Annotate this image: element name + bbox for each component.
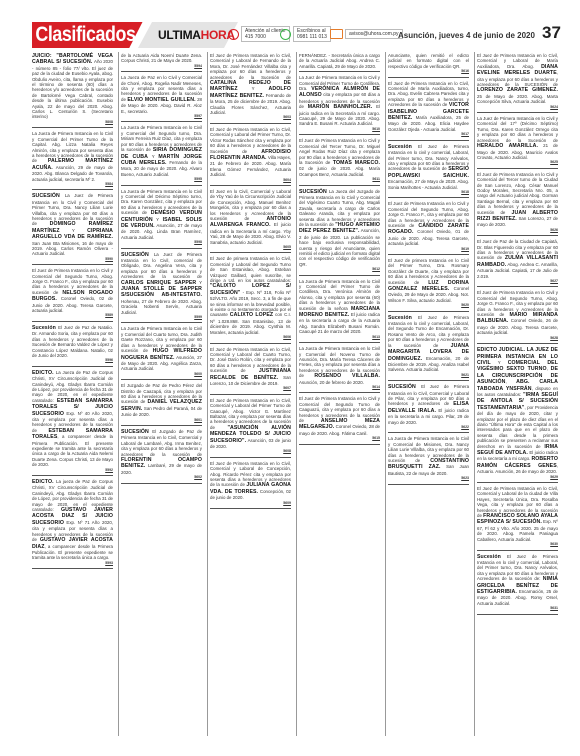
notice-code: 5610 <box>299 127 380 132</box>
legal-notice: La Jueza de Primera Instancia en lo Civi… <box>299 278 380 343</box>
legal-notice: La Jueza de Primera Instancia en lo Civi… <box>299 345 380 393</box>
notice-body: El Juez de Primera Instancia en lo Civil… <box>477 172 558 228</box>
column-6: El Juez de Primera Instancia en lo Civil… <box>474 52 560 736</box>
notice-lead: EDICTO. <box>32 370 56 376</box>
legal-notice: El Juez de primera Instancia en lo Civil… <box>210 255 291 343</box>
notice-lead: EDICTO JUDICIAL. <box>477 347 527 353</box>
notice-body: La Juez de Primera Instancia en lo Civil… <box>32 193 113 256</box>
legal-notice: EDICTO. La Jueza de Paz de Corpus Christ… <box>32 369 113 476</box>
notice-lead: SUCESIÓN <box>299 189 329 195</box>
notice-body: El Juez de Primera Instancia en lo Civil… <box>210 398 291 449</box>
notice-body: El Juez de Paz de la Ciudad de Capiatá, … <box>477 239 558 278</box>
notice-code: 5597 <box>121 114 202 119</box>
legal-notice: SUCESIÓN La Jueza del Juzgado de Primera… <box>299 188 380 276</box>
notice-code: 5625 <box>477 160 558 165</box>
legal-notice: EDICTO JUDICIAL. LA JUEZ DE PRIMERA INST… <box>477 346 558 483</box>
notice-code: 5607 <box>210 386 291 391</box>
notice-body: El Juez de Primera Instancia en lo Civil… <box>299 396 380 435</box>
legal-notice: La Jueza de Primera Instancia en lo Civi… <box>32 130 113 190</box>
notice-code: 5616 <box>388 69 469 74</box>
notice-body: El Juez de Primera Instancia en lo civil… <box>388 315 469 373</box>
legal-notice: El Juez de Primera Instancia en lo Civil… <box>210 397 291 458</box>
notice-lead: EDICTO. <box>32 479 56 485</box>
notice-code: 5612 <box>299 267 380 272</box>
notice-body: El Juez de Primera Instancia en lo Civil… <box>477 53 558 104</box>
column-3: El Juez de Primera Instancia en lo Civil… <box>207 52 293 736</box>
notice-code: 5626 <box>477 228 558 233</box>
legal-notice: La Jueza de Primera Instancia en lo Civi… <box>121 325 202 380</box>
notice-code: 5613 <box>299 335 380 340</box>
notice-code: 5602 <box>121 475 202 480</box>
notice-body: La Jueza de Primera Instancia en lo Civi… <box>121 189 202 240</box>
notice-code: 5604 <box>210 178 291 183</box>
notice-code: 5603 <box>210 115 291 120</box>
legal-notice: El Juez de Primera Instancia en lo Civil… <box>388 80 469 141</box>
notice-lead: SUCESIÓN <box>32 193 65 199</box>
mail-icon <box>330 29 343 39</box>
legal-notice: El Juez de Primera Instancia en lo Civil… <box>299 395 380 444</box>
notice-code: 5624 <box>477 105 558 110</box>
notice-body: de la Actuaria Aida Noemí Duarte Zena. C… <box>121 53 202 63</box>
notice-body: La Jueza de Primera Instancia en lo Civi… <box>121 125 202 176</box>
notice-lead: Sucesión <box>32 325 58 331</box>
notice-code: 5630 <box>477 542 558 547</box>
phone-icon <box>228 29 239 40</box>
notice-body: La Jueza de Primera Instancia en lo Civi… <box>32 131 113 181</box>
notice-code: 5618 <box>388 190 469 195</box>
classifieds-columns: JUICIO: "BARTOLOMÉ VEGA CABRAL S/ SUCESI… <box>30 52 560 736</box>
legal-notice: de la Actuaria Aida Noemí Duarte Zena. C… <box>121 52 202 72</box>
notice-body: La Jueza de Paz de Corpus Christi, XV Ci… <box>32 370 113 468</box>
legal-notice: El Juez de Primera Instancia en lo Civil… <box>477 52 558 113</box>
notice-body: La Juez de Primera Instancia en lo Civil… <box>299 75 380 126</box>
legal-notice: El Juez de Primera Instancia en lo Civil… <box>32 267 113 322</box>
legal-notice: SUCESIÓN El Juzgado de Paz de Primera In… <box>121 428 202 484</box>
legal-notice: El Juez de Primera Instancia en lo Civil… <box>388 200 469 255</box>
notice-code: 5623 <box>388 476 469 481</box>
notice-body: El Juez de Primera Instancia en lo Civil… <box>299 138 380 176</box>
notice-body: El Juez de Primera Instancia en lo Civil… <box>477 290 558 335</box>
notice-body: La Juez de Primera Instancia en lo Civil… <box>121 252 202 315</box>
notice-code: 5621 <box>388 373 469 378</box>
legal-notice: Sucesión El Juez de Primera Instancia en… <box>388 143 469 199</box>
notice-code: 5584 <box>32 182 113 187</box>
notice-code: 5627 <box>477 279 558 284</box>
notice-body: El Juez de Primera Instancia en lo civil… <box>388 144 469 190</box>
notice-body: La Jueza de Primera Instancia en lo Civi… <box>299 346 380 384</box>
notice-code: 5596 <box>32 358 113 363</box>
legal-notice: El Juez de Primera Instancia en lo Civil… <box>210 126 291 186</box>
legal-notice: SUCESIÓN La Juez de Primera Instancia en… <box>32 192 113 265</box>
legal-notice: La Jueza de Primera Instancia en lo Civi… <box>121 188 202 249</box>
legal-notice: JUICIO: "BARTOLOMÉ VEGA CABRAL S/ SUCESI… <box>32 52 113 128</box>
notice-body: El Juez de primera Instancia en lo Civil… <box>388 258 469 303</box>
notice-code: 5590 <box>32 257 113 262</box>
notice-code: 5599 <box>121 315 202 320</box>
legal-notice: La Juez de Primera Instancia en lo Civil… <box>477 115 558 169</box>
legal-notice: La Jueza de Paz en lo Civil y Comercial … <box>121 74 202 122</box>
notice-code: 5593 <box>32 561 113 566</box>
notice-lead: Sucesión <box>477 554 507 560</box>
notice-code: 5617 <box>388 132 469 137</box>
notice-code: 5594 <box>121 64 202 69</box>
notice-body: El Juez de Primera Instancia en lo Civil… <box>210 461 291 500</box>
notice-lead: SUCESIÓN <box>388 384 421 390</box>
notice-code: 5589 <box>32 313 113 318</box>
whatsapp-contact: Escríbinos al0981 111 013 <box>280 26 331 42</box>
legal-notice: El Juez de Primera Instancia en lo Civil… <box>210 460 291 509</box>
notice-body: Anunciante, quien remitió el edicto judi… <box>388 53 469 69</box>
notice-code: 5628 <box>477 336 558 341</box>
notice-code: 5615 <box>299 436 380 441</box>
notice-code: 5598 <box>121 240 202 245</box>
notice-body: El Juez en lo Civil, Comercial y Laboral… <box>210 189 291 245</box>
legal-notice: El Juez de Primera Instancia en lo Civil… <box>299 137 380 185</box>
legal-notice: SUCESIÓN La Juez de Primera Instancia en… <box>121 251 202 324</box>
column-5: Anunciante, quien remitió el edicto judi… <box>385 52 471 736</box>
notice-code: 5611 <box>299 177 380 182</box>
notice-body: La Juez de Primera Instancia en lo Civil… <box>477 116 558 160</box>
notice-body: El Juzgado de Paz de Primera Instancia e… <box>121 429 202 475</box>
legal-notice: El Juzgado de Paz de Pedro Pérez del Dis… <box>121 382 202 426</box>
email-contact: avisos@uhora.com.py <box>330 29 403 39</box>
page-number: 37 <box>542 23 561 43</box>
column-2: de la Actuaria Aida Noemí Duarte Zena. C… <box>118 52 204 736</box>
notice-body: La Jueza de Primera Instancia en lo Civi… <box>388 436 469 475</box>
column-4: FERNÁNDEZ. - Secretaría única a cargo de… <box>296 52 382 736</box>
legal-notice: La Jueza de Primera Instancia en lo Civi… <box>121 124 202 185</box>
notice-lead: Sucesión <box>388 144 418 150</box>
legal-notice: Anunciante, quien remitió el edicto judi… <box>388 52 469 78</box>
notice-body: Año 2020 - número 85 - folio 77/ vlto. E… <box>32 59 113 119</box>
legal-notice: EDICTO. La jueza de Paz de Corpus Christ… <box>32 478 113 569</box>
notice-code: 5609 <box>210 501 291 506</box>
notice-body: La Jueza de Paz en lo Civil y Comercial … <box>121 75 202 113</box>
newspaper-logo: ULTIMAHORA <box>158 28 235 42</box>
notice-code: 5601 <box>121 418 202 423</box>
legal-notice: El Juez de Paz de la Ciudad de Capiatá, … <box>477 238 558 287</box>
notice-code: 5631 <box>477 606 558 611</box>
legal-notice: FERNÁNDEZ. - Secretaría única a cargo de… <box>299 52 380 72</box>
notice-body: El Juez de Primera Instancia en lo Civil… <box>210 347 291 386</box>
notice-code: 5600 <box>121 372 202 377</box>
legal-notice: Sucesión El Juez de Primera Instancia en… <box>388 314 469 381</box>
legal-notice: El Juez de Primera Instancia en lo Civil… <box>210 346 291 395</box>
notice-body: El Juez de Primera Instancia en lo Civil… <box>388 201 469 246</box>
notice-code: 5619 <box>388 247 469 252</box>
notice-body: La Jueza de Primera Instancia en lo Civi… <box>121 326 202 371</box>
legal-notice: La Jueza de Primera Instancia en lo Civi… <box>388 435 469 484</box>
notice-code: 5622 <box>388 425 469 430</box>
notice-body: El Juez de Primera Instancia en lo Civil… <box>210 127 291 177</box>
notice-code: 5614 <box>299 385 380 390</box>
notice-body: La Jueza del Juzgado de Primera Instanci… <box>299 189 380 267</box>
notice-body: El Juez de Primera Instancia en lo Civil… <box>388 81 469 132</box>
notice-lead: SUCESIÓN <box>121 252 154 258</box>
legal-notice: Sucesión El Juez de Paz de Natalio. Dr. … <box>32 324 113 367</box>
notice-body: El Juez de Primera Instancia en lo Civil… <box>388 384 469 424</box>
legal-notice: El Juez de primera Instancia en lo Civil… <box>388 257 469 312</box>
notice-body: El Juez de Primera Instancia en lo Civil… <box>477 486 558 542</box>
notice-code: 5605 <box>210 245 291 250</box>
legal-notice: SUCESIÓN El Juez de Primera Instancia en… <box>388 383 469 433</box>
legal-notice: El Juez de Primera Instancia en lo Civil… <box>477 289 558 344</box>
section-title: Clasificados <box>32 22 143 48</box>
notice-body: LA JUEZ DE PRIMERA INSTANCIA EN LO CIVIL… <box>477 347 558 474</box>
notice-body: FERNÁNDEZ. - Secretaría única a cargo de… <box>299 53 380 69</box>
notice-body: El Juzgado de Paz de Pedro Pérez del Dis… <box>121 383 202 417</box>
legal-notice: El Juez en lo Civil, Comercial y Laboral… <box>210 188 291 253</box>
notice-body: El Juez de Primera Instancia en lo Civil… <box>210 53 291 115</box>
notice-code: 5808 <box>32 120 113 125</box>
page-header: Clasificados ULTIMAHORA Atención al clie… <box>30 20 560 50</box>
whatsapp-icon <box>280 29 291 40</box>
notice-code: 5629 <box>477 475 558 480</box>
notice-body: La Jueza de Primera Instancia en lo Civi… <box>299 279 380 335</box>
notice-code: 5608 <box>210 449 291 454</box>
legal-notice: La Juez de Primera Instancia en lo Civil… <box>299 74 380 135</box>
notice-body: La jueza de Paz de Corpus Christi, XV Ci… <box>32 479 113 560</box>
notice-body: El Juez de Primera Instancia en lo civil… <box>477 554 558 606</box>
notice-code: 5620 <box>388 303 469 308</box>
notice-code: 5595 <box>121 177 202 182</box>
notice-lead: SUCESIÓN <box>121 429 152 435</box>
notice-body: El Juez de primera Instancia en lo Civil… <box>210 256 291 334</box>
legal-notice: El Juez de Primera Instancia en lo Civil… <box>477 485 558 550</box>
column-1: JUICIO: "BARTOLOMÉ VEGA CABRAL S/ SUCESI… <box>30 52 115 736</box>
legal-notice: El Juez de Primera Instancia en lo Civil… <box>210 52 291 124</box>
notice-body: El Juez de Primera Instancia en lo Civil… <box>32 268 113 313</box>
notice-lead: Sucesión <box>388 315 418 321</box>
notice-code: 5606 <box>210 335 291 340</box>
legal-notice: Sucesión El Juez de Primera Instancia en… <box>477 553 558 615</box>
dateline: Asunción, jueves 4 de junio de 2020 <box>398 31 535 40</box>
notice-code: 5592 <box>32 468 113 473</box>
legal-notice: El Juez de Primera Instancia en lo Civil… <box>477 171 558 236</box>
